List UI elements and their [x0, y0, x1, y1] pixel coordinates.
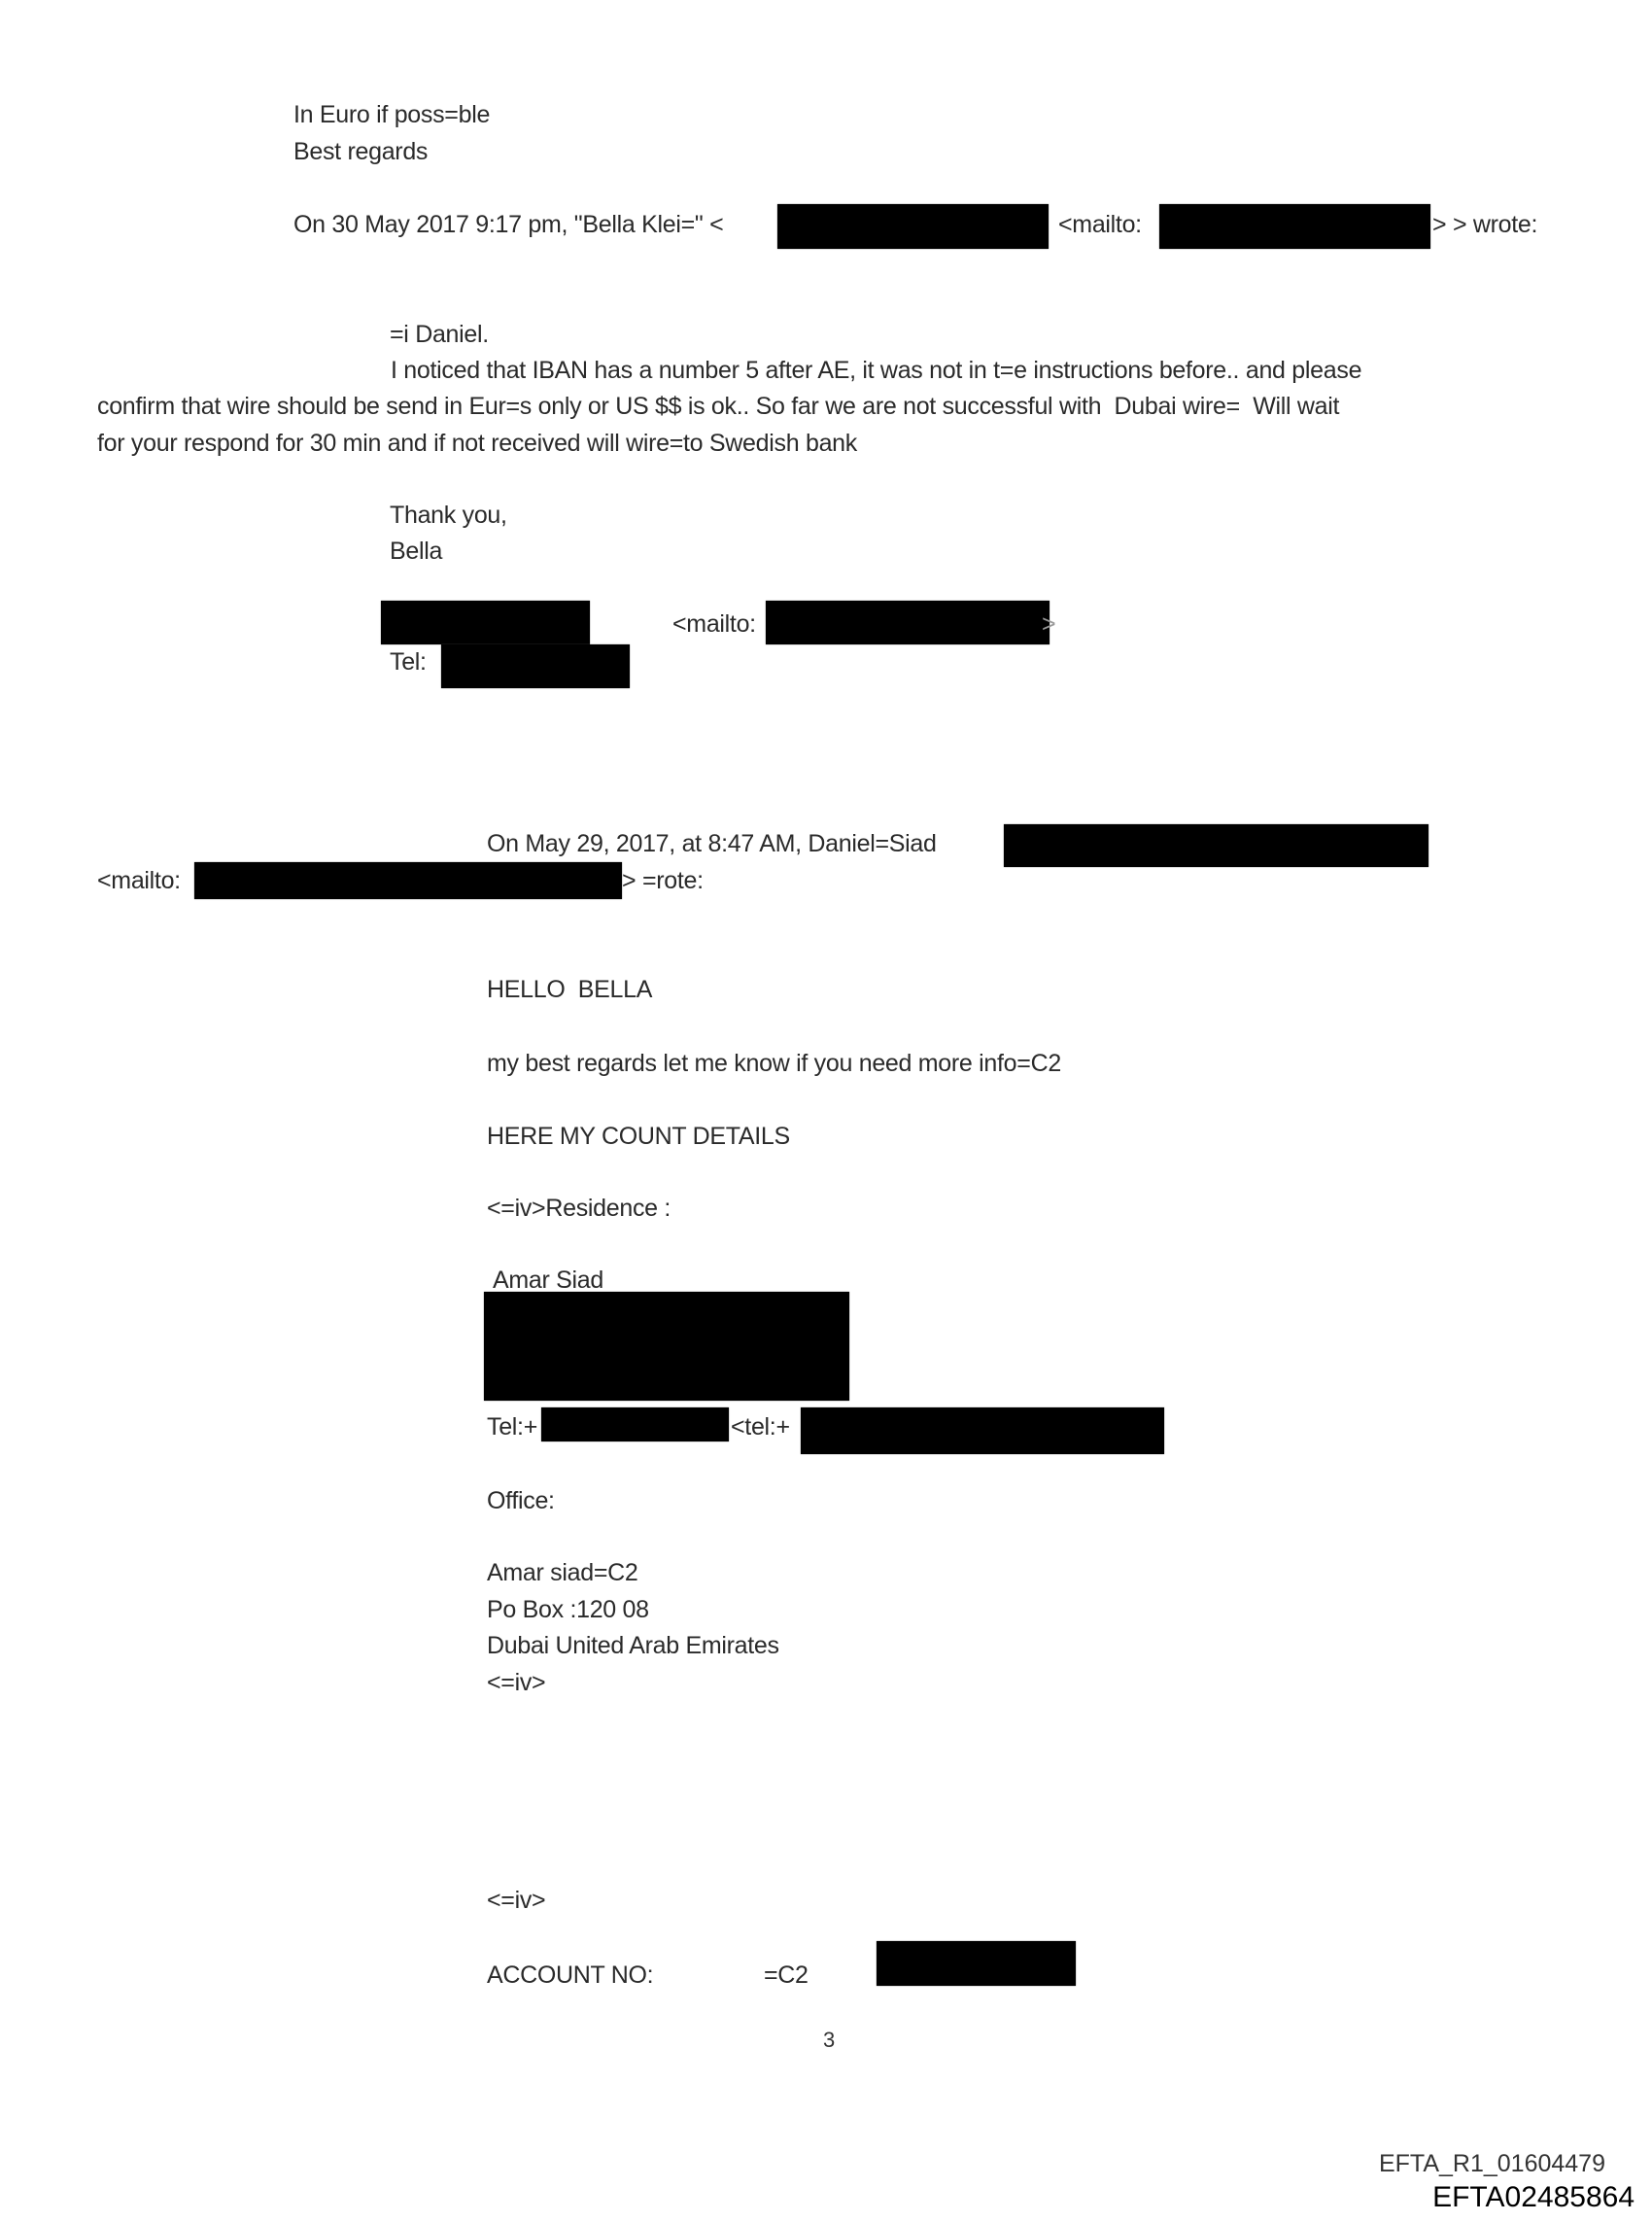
redaction-box [1004, 824, 1428, 867]
redaction-box [801, 1407, 1164, 1454]
po-box: Po Box :120 08 [487, 1595, 649, 1624]
div-tag-1: <=iv> [487, 1668, 545, 1697]
quote1-header-suffix: > > wrote: [1432, 210, 1537, 239]
bella-signature: Bella [390, 537, 442, 566]
quote1-header-prefix: On 30 May 2017 9:17 pm, "Bella Klei=" < [293, 210, 723, 239]
bates-number-2: EFTA02485864 [1432, 2181, 1635, 2214]
quote2-header-mailto: <mailto: [97, 866, 181, 895]
account-label: ACCOUNT NO: [487, 1961, 653, 1990]
city: Dubai United Arab Emirates [487, 1631, 779, 1660]
quote1-header-mailto: <mailto: [1058, 210, 1142, 239]
bella-closing: Thank you, [390, 501, 507, 530]
reply-line-1: In Euro if poss=ble [293, 100, 490, 129]
bella-line-2: confirm that wire should be send in Eur=… [97, 392, 1339, 421]
daniel-line-1: my best regards let me know if you need … [487, 1049, 1061, 1078]
document-page: In Euro if poss=ble Best regards On 30 M… [0, 0, 1652, 2222]
bella-line-3: for your respond for 30 min and if not r… [97, 429, 857, 458]
redaction-box [877, 1941, 1076, 1986]
quote2-header-suffix: > =rote: [622, 866, 704, 895]
daniel-line-2: HERE MY COUNT DETAILS [487, 1122, 790, 1151]
tel-prefix: Tel:+ [487, 1412, 537, 1441]
office-label: Office: [487, 1486, 555, 1515]
bella-greeting: =i Daniel. [390, 320, 489, 349]
redaction-box [381, 601, 590, 644]
redaction-box [1159, 204, 1430, 249]
daniel-greeting: HELLO BELLA [487, 975, 652, 1004]
bates-number-1: EFTA_R1_01604479 [1379, 2150, 1605, 2178]
redaction-box [441, 644, 630, 688]
reply-line-2: Best regards [293, 137, 428, 166]
page-number: 3 [823, 2028, 835, 2053]
residence-name: Amar Siad [493, 1266, 603, 1295]
quote2-header-line-1: On May 29, 2017, at 8:47 AM, Daniel=Siad [487, 829, 937, 858]
bella-tel-label: Tel: [390, 647, 427, 677]
div-tag-2: <=iv> [487, 1886, 545, 1915]
office-name: Amar siad=C2 [487, 1558, 638, 1587]
redaction-box [484, 1292, 849, 1401]
bella-mailto-end: > [1042, 609, 1055, 639]
bella-mailto: <mailto: [672, 609, 756, 639]
bella-line-1: I noticed that IBAN has a number 5 after… [391, 356, 1361, 385]
redaction-box [194, 862, 622, 899]
redaction-box [777, 204, 1049, 249]
redaction-box [541, 1407, 729, 1441]
redaction-box [766, 601, 1050, 644]
account-prefix: =C2 [764, 1961, 809, 1990]
residence-label: <=iv>Residence : [487, 1194, 671, 1223]
tel-link-prefix: <tel:+ [731, 1412, 790, 1441]
